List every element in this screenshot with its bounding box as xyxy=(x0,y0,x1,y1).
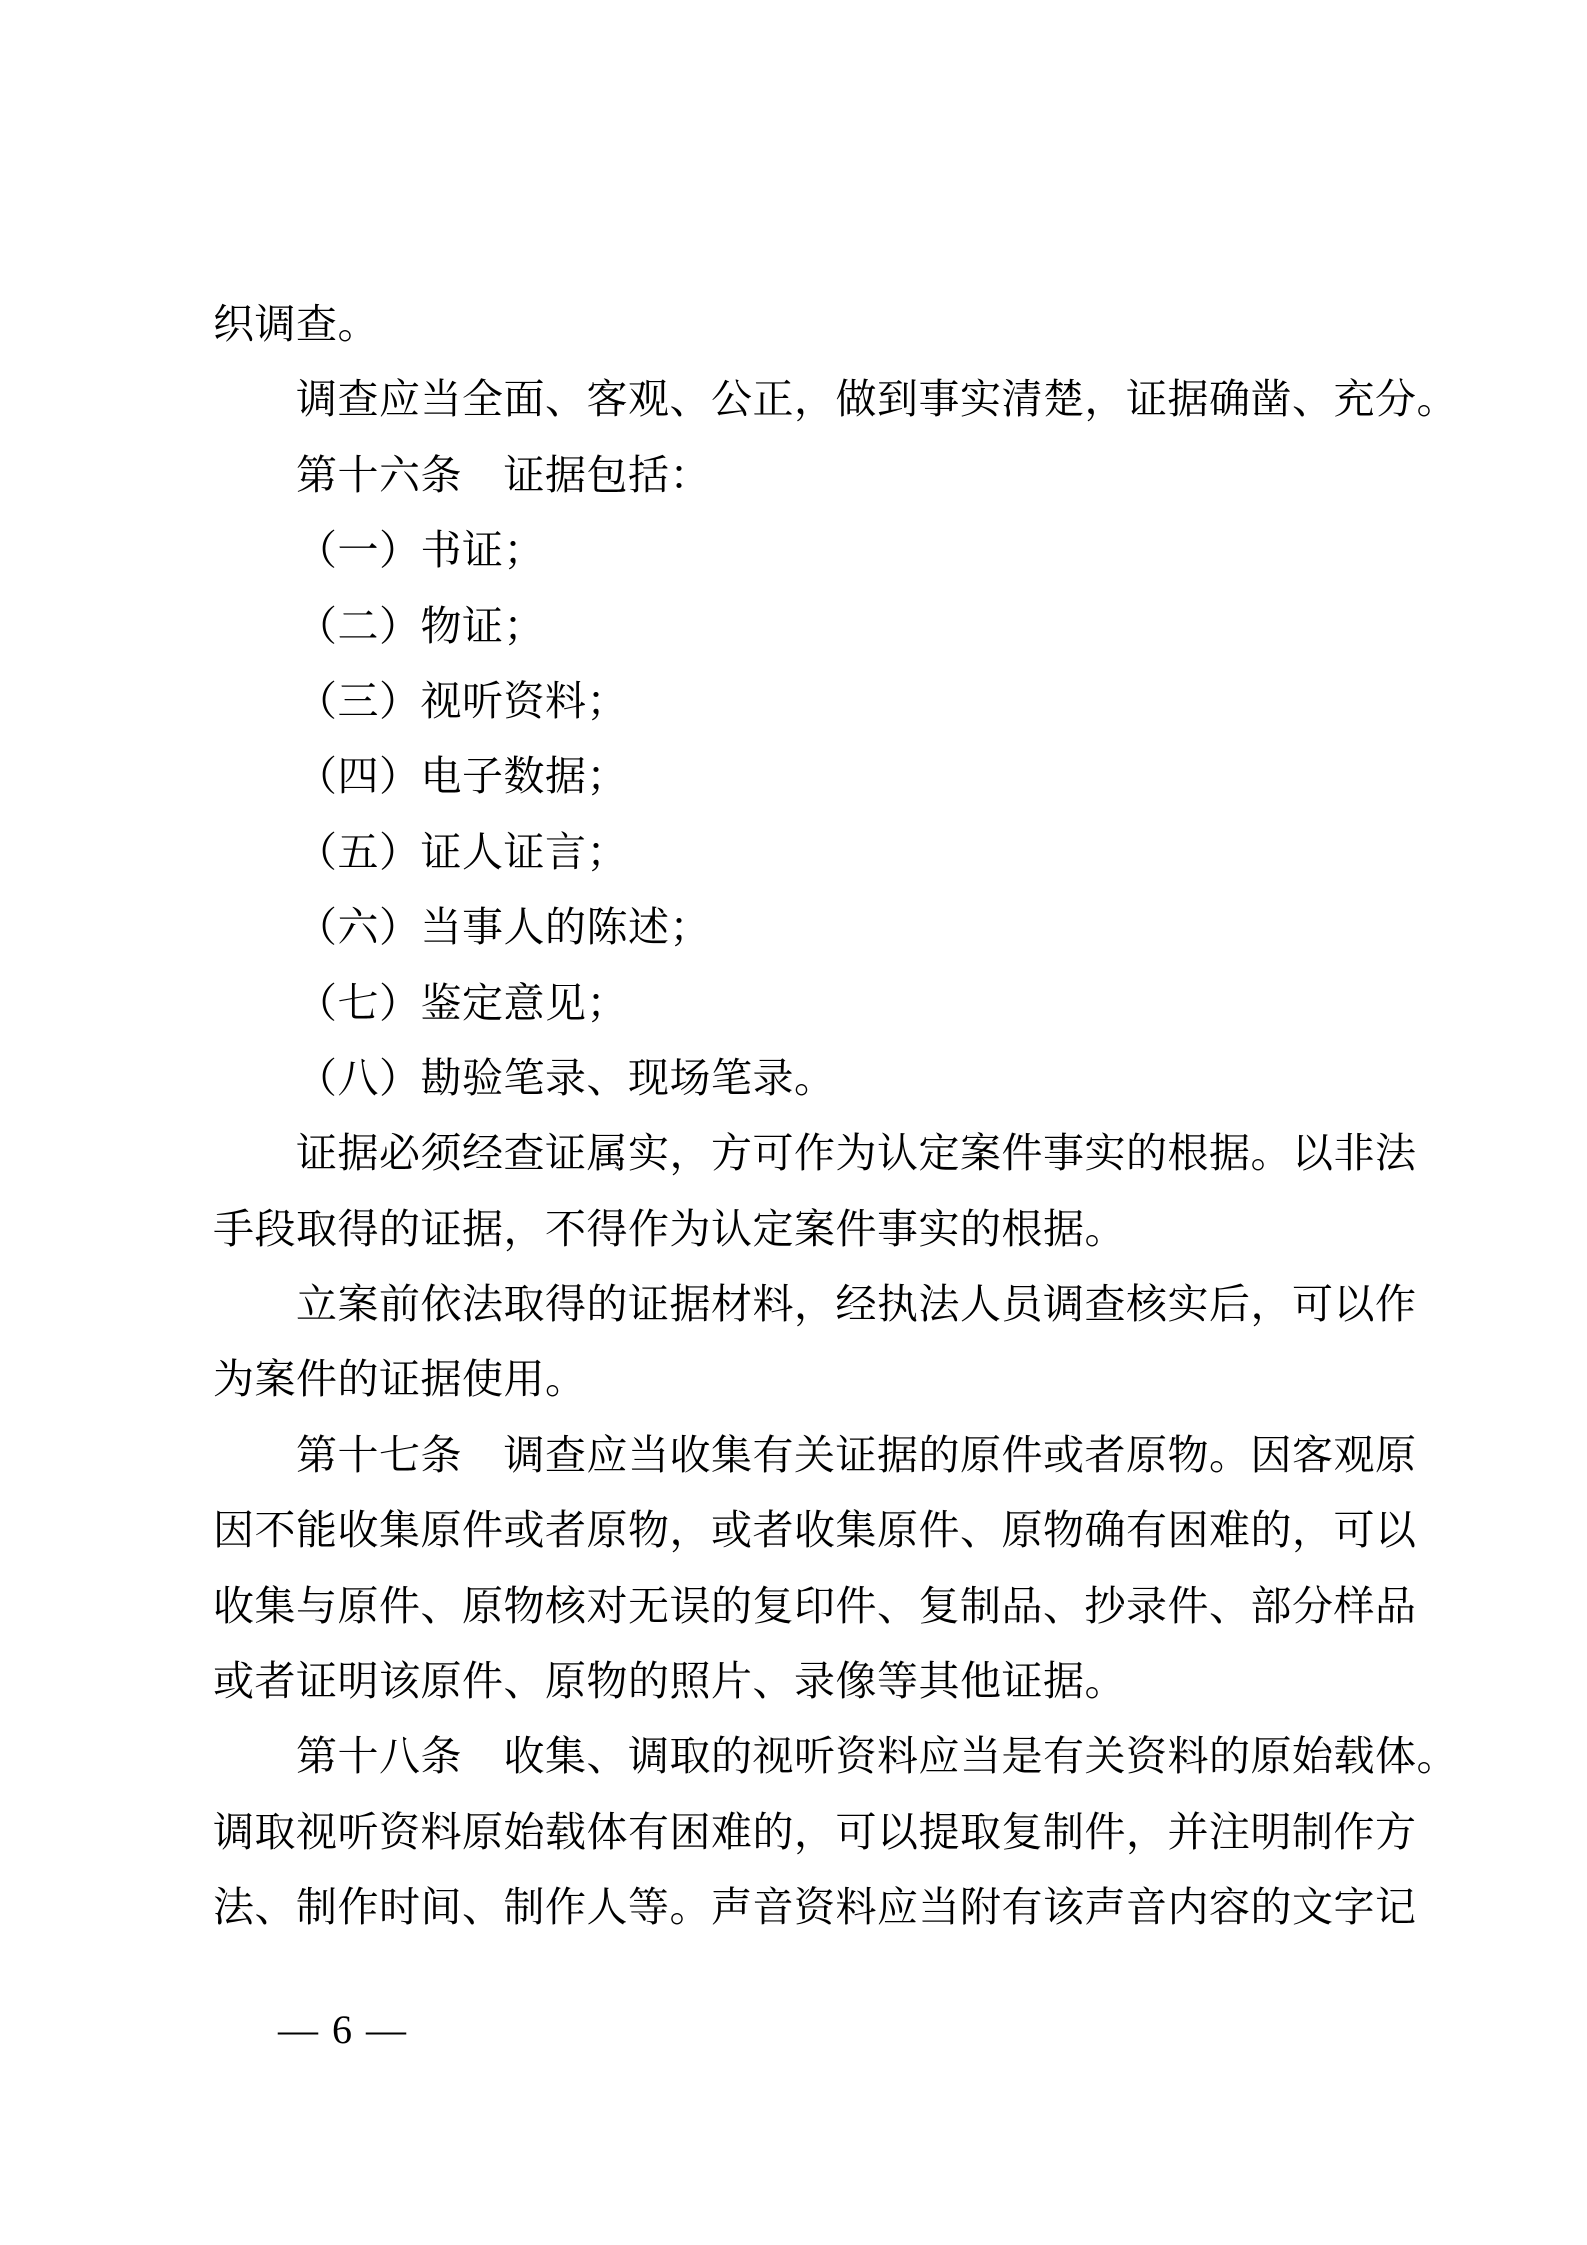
doc-line-article-18: 第十八条 收集、调取的视听资料应当是有关资料的原始载体。 xyxy=(213,1719,1423,1794)
doc-line-article-16: 第十六条 证据包括： xyxy=(213,438,1423,513)
doc-line: 或者证明该原件、原物的照片、录像等其他证据。 xyxy=(213,1644,1423,1719)
doc-line: 因不能收集原件或者原物，或者收集原件、原物确有困难的，可以 xyxy=(213,1493,1423,1568)
doc-list-item: （二）物证； xyxy=(213,589,1423,664)
doc-list-item: （三）视听资料； xyxy=(213,664,1423,739)
doc-list-item: （六）当事人的陈述； xyxy=(213,890,1423,965)
doc-line: 为案件的证据使用。 xyxy=(213,1342,1423,1417)
doc-list-item: （一）书证； xyxy=(213,513,1423,588)
doc-list-item: （七）鉴定意见； xyxy=(213,966,1423,1041)
doc-line: 织调查。 xyxy=(213,287,1423,362)
doc-line: 收集与原件、原物核对无误的复印件、复制品、抄录件、部分样品 xyxy=(213,1569,1423,1644)
doc-list-item: （八）勘验笔录、现场笔录。 xyxy=(213,1041,1423,1116)
doc-line: 法、制作时间、制作人等。声音资料应当附有该声音内容的文字记 xyxy=(213,1870,1423,1945)
doc-list-item: （四）电子数据； xyxy=(213,739,1423,814)
document-page: 织调查。 调查应当全面、客观、公正，做到事实清楚，证据确凿、充分。 第十六条 证… xyxy=(0,0,1587,2245)
document-body: 织调查。 调查应当全面、客观、公正，做到事实清楚，证据确凿、充分。 第十六条 证… xyxy=(213,287,1423,1946)
doc-line: 调取视听资料原始载体有困难的，可以提取复制件，并注明制作方 xyxy=(213,1795,1423,1870)
doc-line: 立案前依法取得的证据材料，经执法人员调查核实后，可以作 xyxy=(213,1267,1423,1342)
doc-line-article-17: 第十七条 调查应当收集有关证据的原件或者原物。因客观原 xyxy=(213,1418,1423,1493)
page-number: — 6 — xyxy=(278,2002,408,2058)
doc-line: 手段取得的证据，不得作为认定案件事实的根据。 xyxy=(213,1192,1423,1267)
doc-list-item: （五）证人证言； xyxy=(213,815,1423,890)
doc-line: 证据必须经查证属实，方可作为认定案件事实的根据。以非法 xyxy=(213,1116,1423,1191)
doc-line: 调查应当全面、客观、公正，做到事实清楚，证据确凿、充分。 xyxy=(213,362,1423,437)
